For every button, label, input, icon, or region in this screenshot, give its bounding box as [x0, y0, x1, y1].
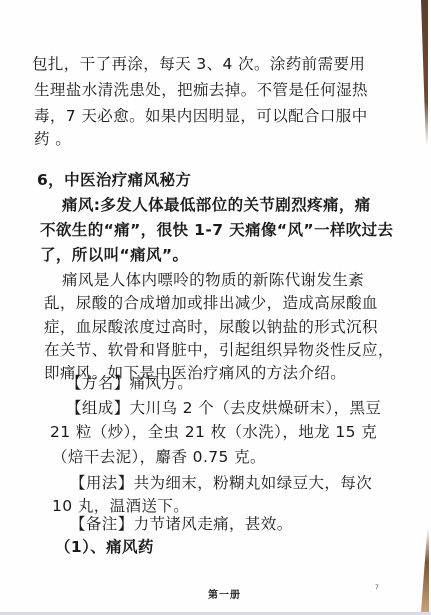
recipe-composition-line: 【组成】大川乌 2 个（去皮烘燥研末），黑豆	[66, 396, 381, 418]
recipe-name: 【方名】痛风方。	[66, 371, 193, 393]
description-line: 症，血尿酸浓度过高时，尿酸以钠盐的形式沉积	[44, 315, 378, 337]
description-line: 乱，尿酸的合成增加或排出减少，造成高尿酸血	[44, 291, 378, 313]
paragraph-line: 毒，7 天必愈。如果内因明显，可以配合口服中	[34, 104, 368, 126]
paragraph-line: 药 。	[34, 127, 71, 149]
recipe-note: 【备注】力节诸风走痛，甚效。	[70, 512, 293, 534]
document-page: 包扎，干了再涂，每天 3、4 次。涂药前需要用 生理盐水清洗患处，把痂去掉。不管…	[0, 0, 431, 612]
page-edge-shadow-bottom	[421, 528, 429, 612]
section-heading: 6，中医治疗痛风秘方	[37, 168, 191, 190]
intro-line: 痛风:多发人体最低部位的关节剧烈疼痛，痛	[62, 193, 371, 215]
volume-label: 第一册	[208, 586, 241, 601]
subheading: （1）、痛风药	[55, 535, 154, 557]
paragraph-line: 生理盐水清洗患处，把痂去掉。不管是任何湿热	[34, 78, 368, 100]
intro-line: 了，所以叫“痛风”。	[40, 243, 188, 265]
page-edge-shadow	[421, 0, 428, 145]
description-line: 在关节、软骨和肾脏中，引起组织异物炎性反应，	[44, 338, 394, 360]
recipe-composition-line: （焙干去泥），麝香 0.75 克。	[52, 445, 266, 467]
recipe-usage-line: 【用法】共为细末，粉糊丸如绿豆大，每次	[70, 471, 372, 493]
description-line: 痛风是人体内嘌呤的物质的新陈代谢发生紊	[62, 268, 364, 290]
page-number: 7	[375, 584, 379, 591]
paragraph-line: 包扎，干了再涂，每天 3、4 次。涂药前需要用	[32, 52, 365, 74]
recipe-composition-line: 21 粒（炒），全虫 21 枚（水洗），地龙 15 克	[50, 420, 377, 442]
intro-line: 不欲生的“痛”，很快 1-7 天痛像“风”一样吹过去	[40, 218, 393, 240]
